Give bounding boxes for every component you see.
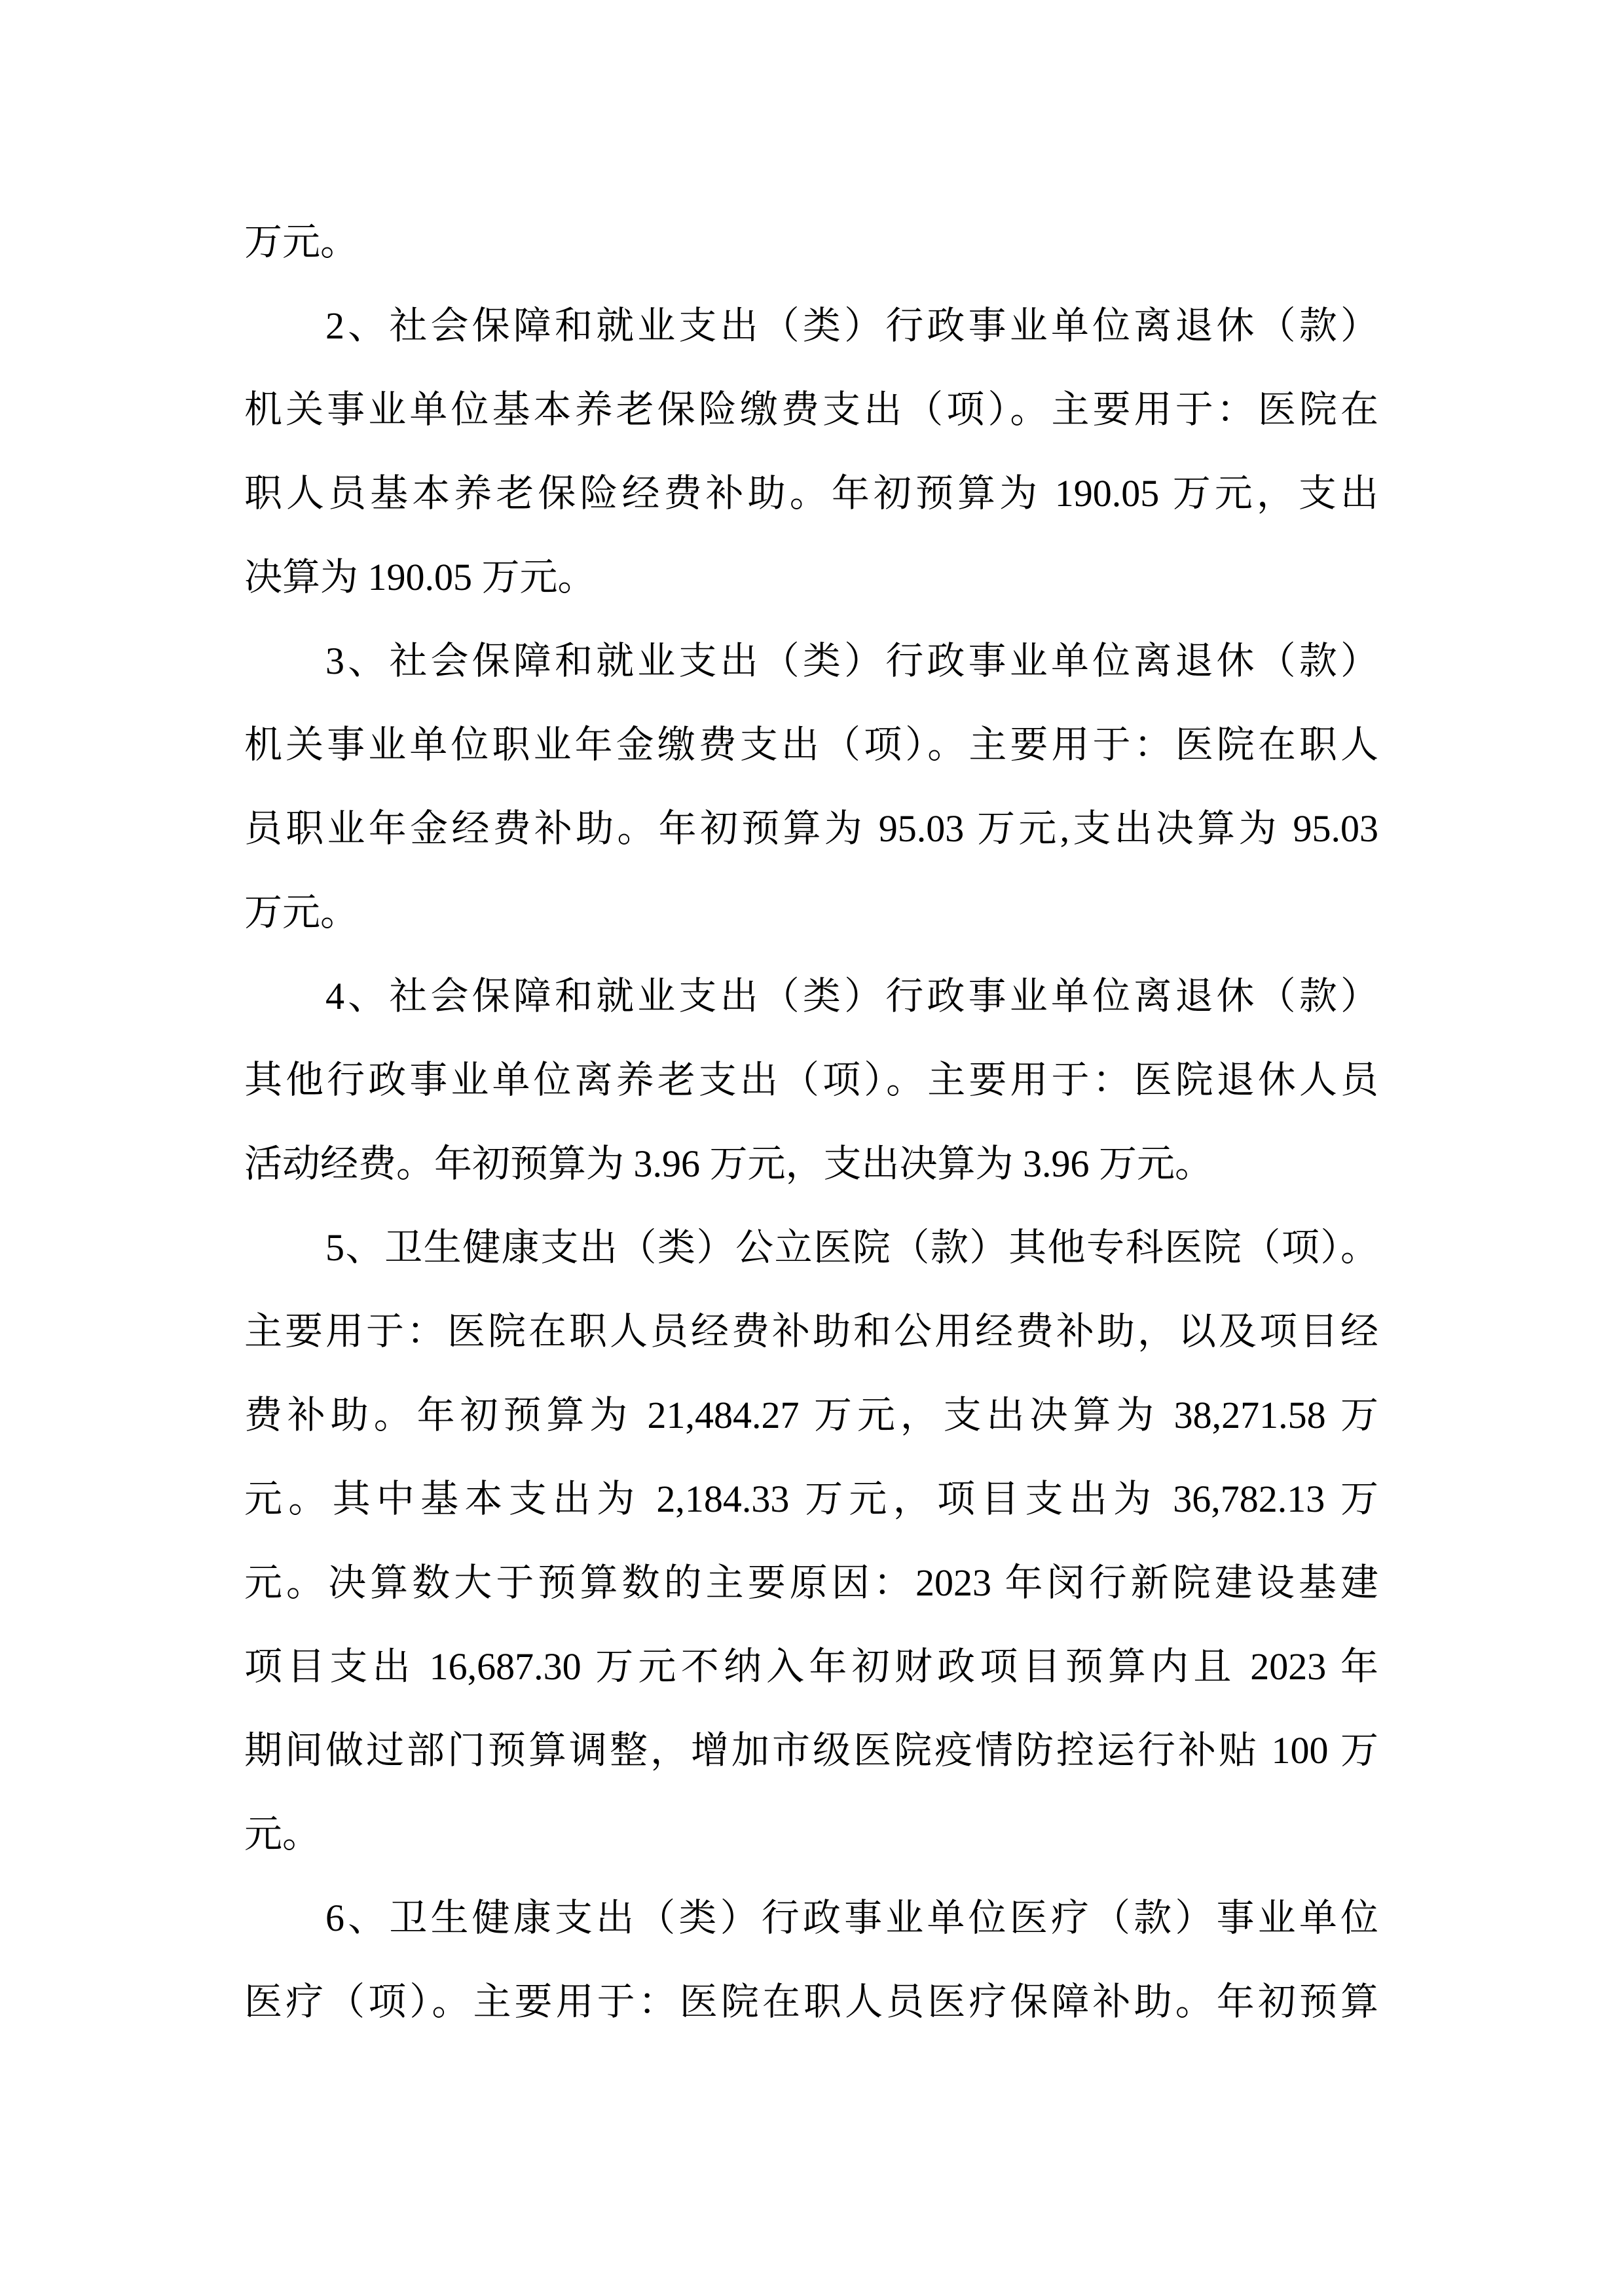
text-line: 万元。 [244,871,1378,955]
text-line: 2、社会保障和就业支出（类）行政事业单位离退休（款） [244,284,1378,368]
text-line: 5、卫生健康支出（类）公立医院（款）其他专科医院（项）。 [244,1206,1378,1290]
text-line: 员职业年金经费补助。年初预算为 95.03 万元,支出决算为 95.03 [244,787,1378,871]
text-line: 3、社会保障和就业支出（类）行政事业单位离退休（款） [244,619,1378,703]
text-line: 机关事业单位职业年金缴费支出（项）。主要用于：医院在职人 [244,703,1378,787]
text-line: 6、卫生健康支出（类）行政事业单位医疗（款）事业单位 [244,1876,1378,1960]
body-text: 万元。2、社会保障和就业支出（类）行政事业单位离退休（款）机关事业单位基本养老保… [244,200,1378,2044]
text-line: 费补助。年初预算为 21,484.27 万元，支出决算为 38,271.58 万 [244,1374,1378,1457]
text-line: 元。决算数大于预算数的主要原因：2023 年闵行新院建设基建 [244,1541,1378,1625]
text-line: 期间做过部门预算调整，增加市级医院疫情防控运行补贴 100 万 [244,1709,1378,1793]
document-page: 万元。2、社会保障和就业支出（类）行政事业单位离退休（款）机关事业单位基本养老保… [0,0,1624,2296]
text-line: 主要用于：医院在职人员经费补助和公用经费补助，以及项目经 [244,1290,1378,1374]
text-line: 元。其中基本支出为 2,184.33 万元，项目支出为 36,782.13 万 [244,1457,1378,1541]
text-line: 万元。 [244,200,1378,284]
text-line: 4、社会保障和就业支出（类）行政事业单位离退休（款） [244,955,1378,1038]
text-line: 元。 [244,1793,1378,1876]
text-line: 职人员基本养老保险经费补助。年初预算为 190.05 万元，支出 [244,452,1378,536]
text-line: 活动经费。年初预算为 3.96 万元，支出决算为 3.96 万元。 [244,1122,1378,1206]
text-line: 决算为 190.05 万元。 [244,536,1378,619]
text-line: 机关事业单位基本养老保险缴费支出（项）。主要用于：医院在 [244,368,1378,452]
text-line: 其他行政事业单位离养老支出（项）。主要用于：医院退休人员 [244,1038,1378,1122]
text-line: 项目支出 16,687.30 万元不纳入年初财政项目预算内且 2023 年 [244,1625,1378,1709]
text-line: 医疗（项）。主要用于：医院在职人员医疗保障补助。年初预算 [244,1960,1378,2044]
